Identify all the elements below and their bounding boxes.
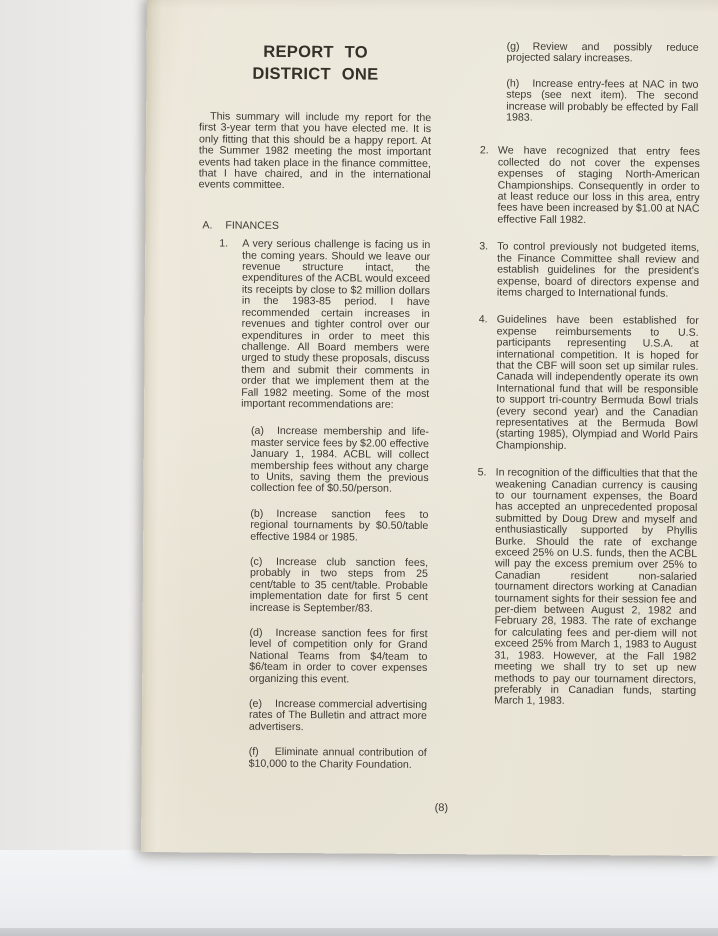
item-text: In recognition of the difficulties that …	[494, 468, 698, 709]
sub-item-g: (g)Review and possibly reduce projected …	[507, 42, 699, 66]
sub-item-text: Increase club sanction fees, probably in…	[250, 556, 428, 614]
sub-item-text: Increase commercial advertising rates of…	[249, 698, 427, 733]
desk-surface-band	[0, 850, 718, 928]
desk-edge-strip	[0, 928, 718, 936]
item-number: 4.	[478, 315, 497, 452]
sub-item-d: (d)Increase sanction fees for first leve…	[249, 628, 427, 686]
title-line-2: DISTRICT ONE	[199, 62, 431, 86]
sub-item-text: Increase sanction fees for first level o…	[249, 627, 427, 685]
item-number: 3.	[479, 242, 497, 299]
item-text: To control previously not budgeted items…	[497, 242, 699, 300]
sub-item-c: (c)Increase club sanction fees, probably…	[250, 557, 428, 615]
page-title: REPORT TO DISTRICT ONE	[199, 40, 431, 86]
section-heading-finances: A. FINANCES	[198, 220, 430, 233]
intro-paragraph: This summary will include my report for …	[199, 111, 432, 192]
sub-item-f: (f)Eliminate annual contribution of $10,…	[249, 747, 427, 771]
item-number: 1.	[218, 239, 242, 410]
numbered-item-5: 5. In recognition of the difficulties th…	[474, 467, 698, 708]
sub-item-text: Increase entry-fees at NAC in two steps …	[506, 78, 698, 124]
page-number: (8)	[425, 802, 457, 814]
section-letter: A.	[202, 220, 225, 232]
sub-item-text: Increase sanction fees to regional tourn…	[250, 508, 428, 543]
sub-item-text: Increase membership and life-master serv…	[251, 425, 429, 495]
section-label: FINANCES	[225, 220, 279, 232]
numbered-item-1: 1. A very serious challenge is facing us…	[197, 239, 430, 412]
numbered-item-3: 3. To control previously not budgeted it…	[477, 242, 699, 301]
sub-item-text: Review and possibly reduce projected sal…	[507, 41, 699, 65]
sub-item-e: (e)Increase commercial advertising rates…	[249, 699, 427, 734]
title-line-1: REPORT TO	[200, 40, 432, 64]
numbered-item-4: 4. Guidelines have been established for …	[476, 315, 699, 453]
numbered-item-2: 2. We have recognized that entry fees co…	[477, 146, 700, 227]
sub-item-text: Eliminate annual contribution of $10,000…	[249, 746, 427, 770]
sub-item-h: (h)Increase entry-fees at NAC in two ste…	[506, 78, 698, 125]
item-text: A very serious challenge is facing us in…	[241, 239, 430, 411]
item-number: 2.	[479, 146, 498, 226]
document-page: REPORT TO DISTRICT ONE This summary will…	[141, 0, 718, 856]
item-number: 5.	[476, 468, 496, 708]
left-column: REPORT TO DISTRICT ONE This summary will…	[195, 0, 432, 771]
item-text: We have recognized that entry fees colle…	[497, 146, 700, 227]
sub-item-b: (b)Increase sanction fees to regional to…	[250, 509, 428, 544]
right-column: (g)Review and possibly reduce projected …	[474, 2, 701, 708]
item-text: Guidelines have been established for exp…	[496, 315, 699, 453]
sub-item-a: (a)Increase membership and life-master s…	[251, 426, 429, 496]
